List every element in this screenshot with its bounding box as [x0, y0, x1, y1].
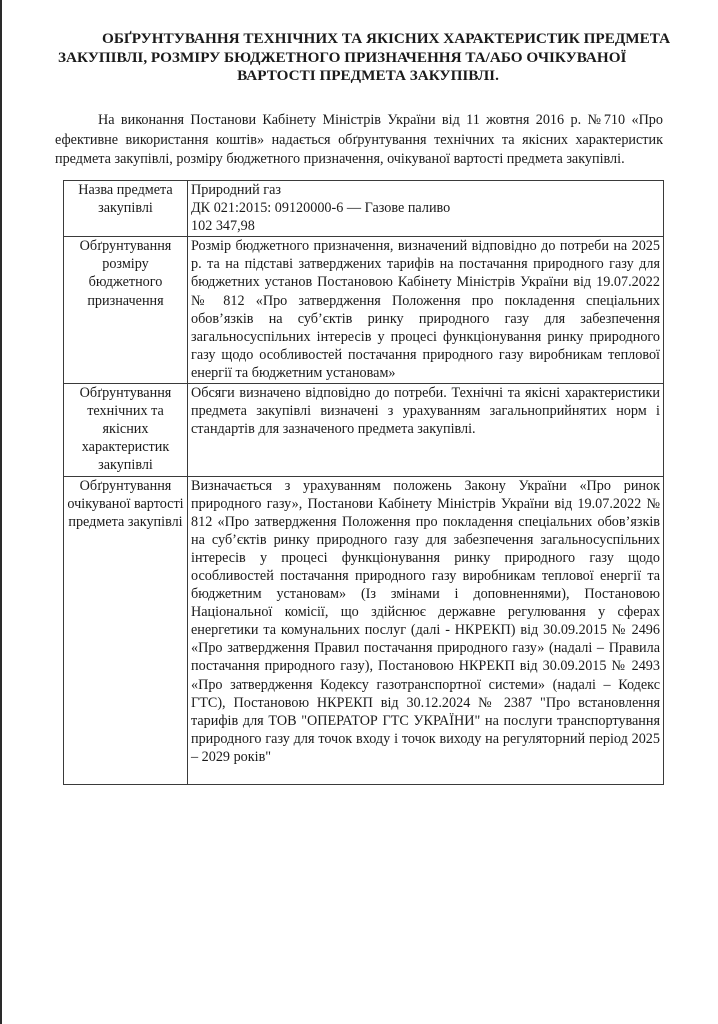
row-label: Обґрунтування розміру бюджетного признач… [64, 237, 188, 384]
title-line-1: ОБҐРУНТУВАННЯ ТЕХНІЧНИХ ТА ЯКІСНИХ ХАРАК… [58, 30, 678, 49]
cpv-code: ДК 021:2015: 09120000-6 — Газове паливо [191, 199, 660, 217]
table-row: Обґрунтування розміру бюджетного признач… [64, 237, 664, 384]
table-row: Обґрунтування технічних та якісних харак… [64, 384, 664, 476]
row-label: Назва предмета закупівлі [64, 181, 188, 237]
justification-table: Назва предмета закупівлі Природний газ Д… [63, 180, 664, 785]
row-label: Обґрунтування технічних та якісних харак… [64, 384, 188, 476]
procurement-subject: Природний газ [191, 181, 660, 199]
intro-text: На виконання Постанови Кабінету Міністрі… [55, 112, 663, 167]
row-value: Обсяги визначено відповідно до потреби. … [188, 384, 664, 476]
table-row: Назва предмета закупівлі Природний газ Д… [64, 181, 664, 237]
document-title: ОБҐРУНТУВАННЯ ТЕХНІЧНИХ ТА ЯКІСНИХ ХАРАК… [58, 30, 678, 86]
row-value: Розмір бюджетного призначення, визначени… [188, 237, 664, 384]
title-line-3: ВАРТОСТІ ПРЕДМЕТА ЗАКУПІВЛІ. [58, 67, 678, 86]
row-label: Обґрунтування очікуваної вартості предме… [64, 476, 188, 785]
scan-edge-artifact [0, 0, 2, 1024]
intro-paragraph: На виконання Постанови Кабінету Міністрі… [55, 111, 663, 170]
row-value: Визначається з урахуванням положень Зако… [188, 476, 664, 785]
title-line-2: ЗАКУПІВЛІ, РОЗМІРУ БЮДЖЕТНОГО ПРИЗНАЧЕНН… [58, 49, 678, 68]
table-row: Обґрунтування очікуваної вартості предме… [64, 476, 664, 785]
row-value: Природний газ ДК 021:2015: 09120000-6 — … [188, 181, 664, 237]
expected-amount: 102 347,98 [191, 217, 660, 235]
